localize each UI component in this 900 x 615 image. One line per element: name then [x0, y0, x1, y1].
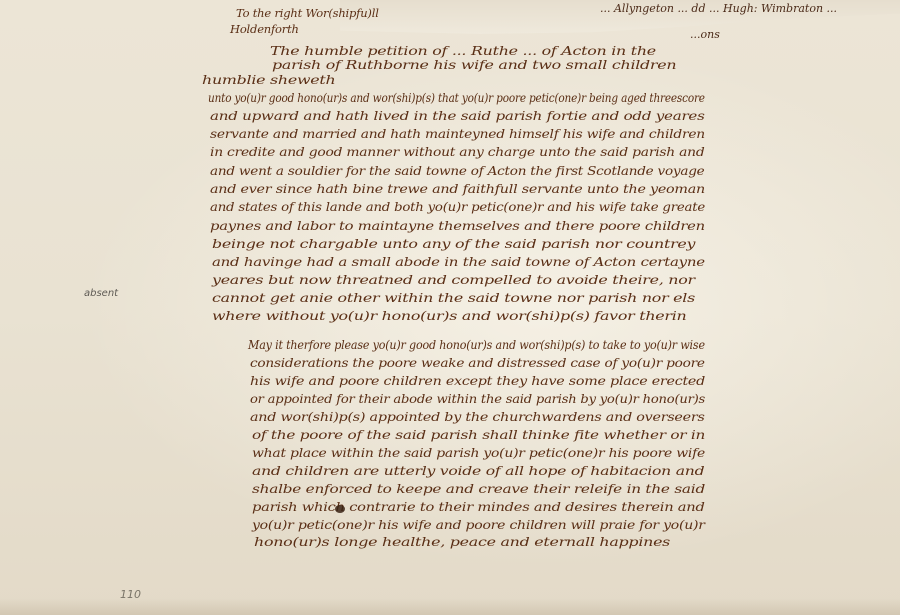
p2-line: and children are utterly voide of all ho…	[252, 464, 704, 478]
p2-line: parish which contrarie to their mindes a…	[252, 500, 705, 514]
ink-blot	[335, 505, 345, 513]
p2-line: yo(u)r petic(one)r his wife and poore ch…	[252, 518, 705, 532]
p1-line: servante and married and hath mainteyned…	[210, 127, 705, 141]
p2-line: considerations the poore weake and distr…	[250, 356, 705, 370]
address-line-1: To the right Wor(shipfu)ll	[236, 6, 379, 20]
p2-line: shalbe enforced to keepe and creave thei…	[252, 482, 705, 496]
p1-line: cannot get anie other within the said to…	[212, 291, 695, 305]
manuscript-page: ... Allyngeton ... dd ... Hugh: Wimbrato…	[0, 0, 900, 615]
top-right-fragment: ...ons	[690, 28, 720, 41]
p1-line: where without yo(u)r hono(ur)s and wor(s…	[212, 309, 686, 323]
p1-line: beinge not chargable unto any of the sai…	[212, 237, 695, 251]
endorsement-top-right: ... Allyngeton ... dd ... Hugh: Wimbrato…	[600, 2, 837, 15]
opening-line-1: The humble petition of ... Ruthe ... of …	[270, 44, 656, 58]
margin-note: absent	[84, 288, 118, 299]
p2-line: what place within the said parish yo(u)r…	[252, 446, 705, 460]
p1-line: and went a souldier for the said towne o…	[210, 164, 704, 178]
p1-line: paynes and labor to maintayne themselves…	[210, 219, 705, 233]
p2-line: or appointed for their abode within the …	[250, 392, 705, 406]
p2-line: May it therfore please yo(u)r good hono(…	[248, 338, 705, 352]
p1-line: and states of this lande and both yo(u)r…	[210, 200, 705, 214]
address-line-2: Holdenforth	[230, 22, 299, 36]
p1-line: unto yo(u)r good hono(ur)s and wor(shi)p…	[208, 91, 705, 105]
p1-line: and ever since hath bine trewe and faith…	[210, 182, 705, 196]
p1-line: yeares but now threatned and compelled t…	[212, 273, 695, 287]
salutation: humblie sheweth	[202, 73, 335, 87]
p2-line: of the poore of the said parish shall th…	[252, 428, 705, 442]
folio-number: 110	[120, 588, 141, 601]
opening-line-2: parish of Ruthborne his wife and two sma…	[272, 58, 676, 72]
p1-line: and havinge had a small abode in the sai…	[212, 255, 705, 269]
p2-line: and wor(shi)p(s) appointed by the church…	[250, 410, 705, 424]
p1-line: and upward and hath lived in the said pa…	[210, 109, 705, 123]
p1-line: in credite and good manner without any c…	[210, 145, 704, 159]
p2-line: hono(ur)s longe healthe, peace and etern…	[254, 535, 670, 549]
p2-line: his wife and poore children except they …	[250, 374, 705, 388]
